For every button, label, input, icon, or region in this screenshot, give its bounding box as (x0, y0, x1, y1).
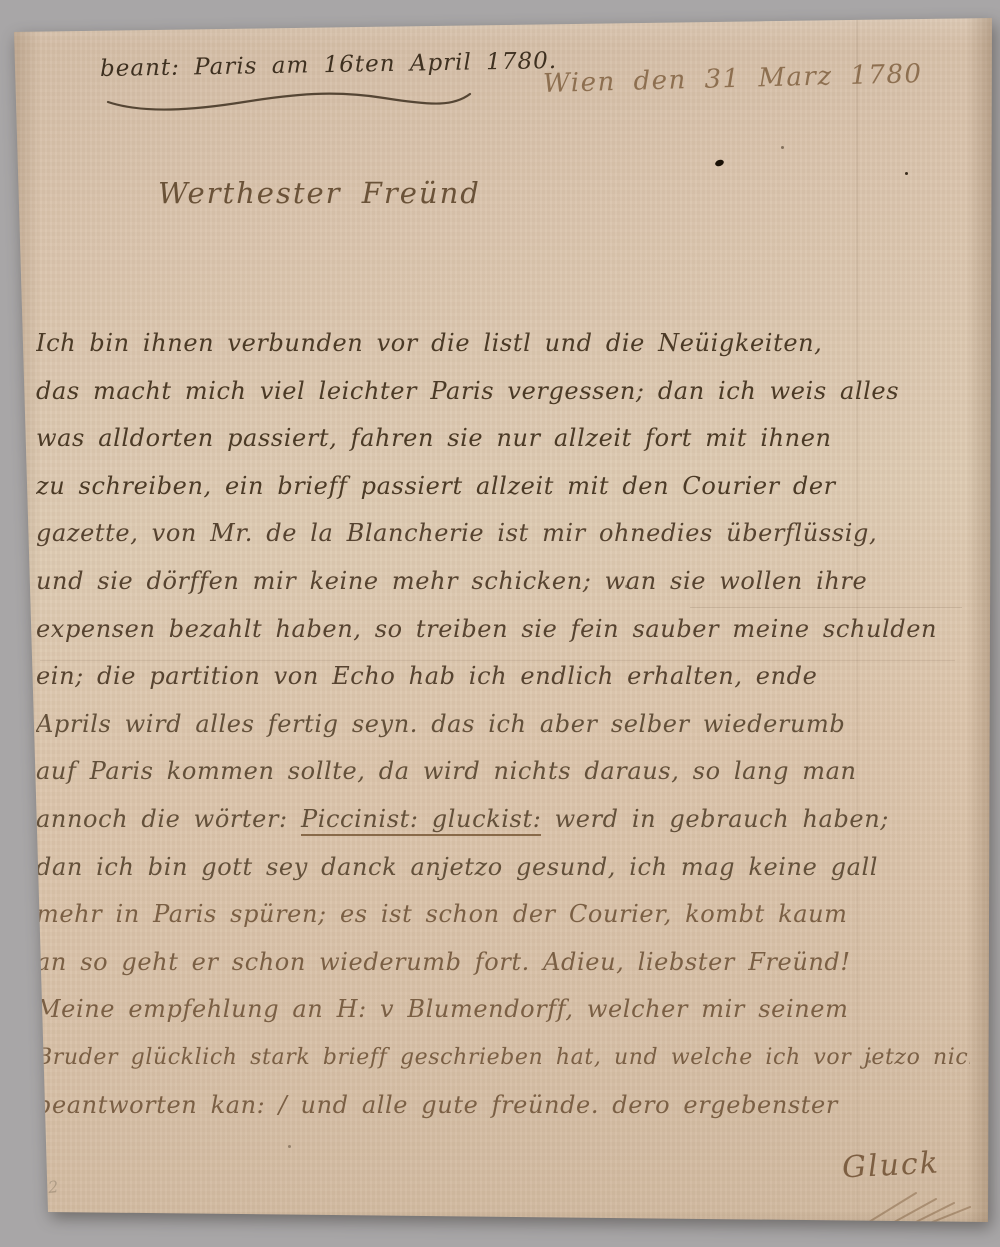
signature-flourish (858, 1185, 988, 1235)
letter-line: Aprils wird alles fertig seyn. das ich a… (36, 701, 970, 749)
dateline: Wien den 31 Marz 1780 (543, 59, 923, 99)
signature: Gluck (841, 1145, 941, 1185)
paper-shadow: beant: Paris am 16ten April 1780. Wien d… (0, 0, 1000, 1247)
letter-line-underlined-phrase: annoch die wörter: Piccinist: gluckist: … (36, 796, 970, 844)
letter-line: ein; die partition von Echo hab ich endl… (36, 653, 970, 701)
underlined-phrase-piccinist-gluckist: Piccinist: gluckist: (301, 805, 541, 836)
ink-speck (905, 172, 908, 175)
letter-body: Ich bin ihnen verbunden vor die listl un… (36, 320, 970, 1129)
letter-line: mehr in Paris spüren; es ist schon der C… (36, 891, 970, 939)
photograph-background: beant: Paris am 16ten April 1780. Wien d… (0, 0, 1000, 1247)
letter-line: dan ich bin gott sey danck anjetzo gesun… (36, 844, 970, 892)
letter-line: an so geht er schon wiederumb fort. Adie… (36, 939, 970, 987)
letter-line: Bruder glücklich stark brieff geschriebe… (36, 1034, 970, 1082)
letter-line: auf Paris kommen sollte, da wird nichts … (36, 748, 970, 796)
letter-paper: beant: Paris am 16ten April 1780. Wien d… (0, 0, 1000, 1247)
ink-speck (714, 159, 725, 168)
letter-line: expensen bezahlt haben, so treiben sie f… (36, 606, 970, 654)
letter-line: Ich bin ihnen verbunden vor die listl un… (36, 320, 970, 368)
letter-line: was alldorten passiert, fahren sie nur a… (36, 415, 970, 463)
pencil-mark: 32 (35, 1177, 61, 1198)
archival-note: beant: Paris am 16ten April 1780. (100, 48, 557, 82)
letter-line: zu schreiben, ein brieff passiert allzei… (36, 463, 970, 511)
letter-line: Meine empfehlung an H: v Blumendorff, we… (36, 986, 970, 1034)
letter-line: gazette, von Mr. de la Blancherie ist mi… (36, 510, 970, 558)
annotation-flourish-swash (104, 84, 474, 114)
line-11-prefix: annoch die wörter: (36, 805, 301, 833)
ink-speck (288, 1145, 291, 1148)
ink-speck (781, 146, 784, 149)
letter-line: und sie dörffen mir keine mehr schicken;… (36, 558, 970, 606)
line-11-suffix: werd in gebrauch haben; (541, 805, 889, 833)
letter-line: das macht mich viel leichter Paris verge… (36, 368, 970, 416)
salutation: Werthester Freünd (158, 176, 481, 210)
letter-line: beantworten kan: / und alle gute freünde… (36, 1082, 970, 1130)
